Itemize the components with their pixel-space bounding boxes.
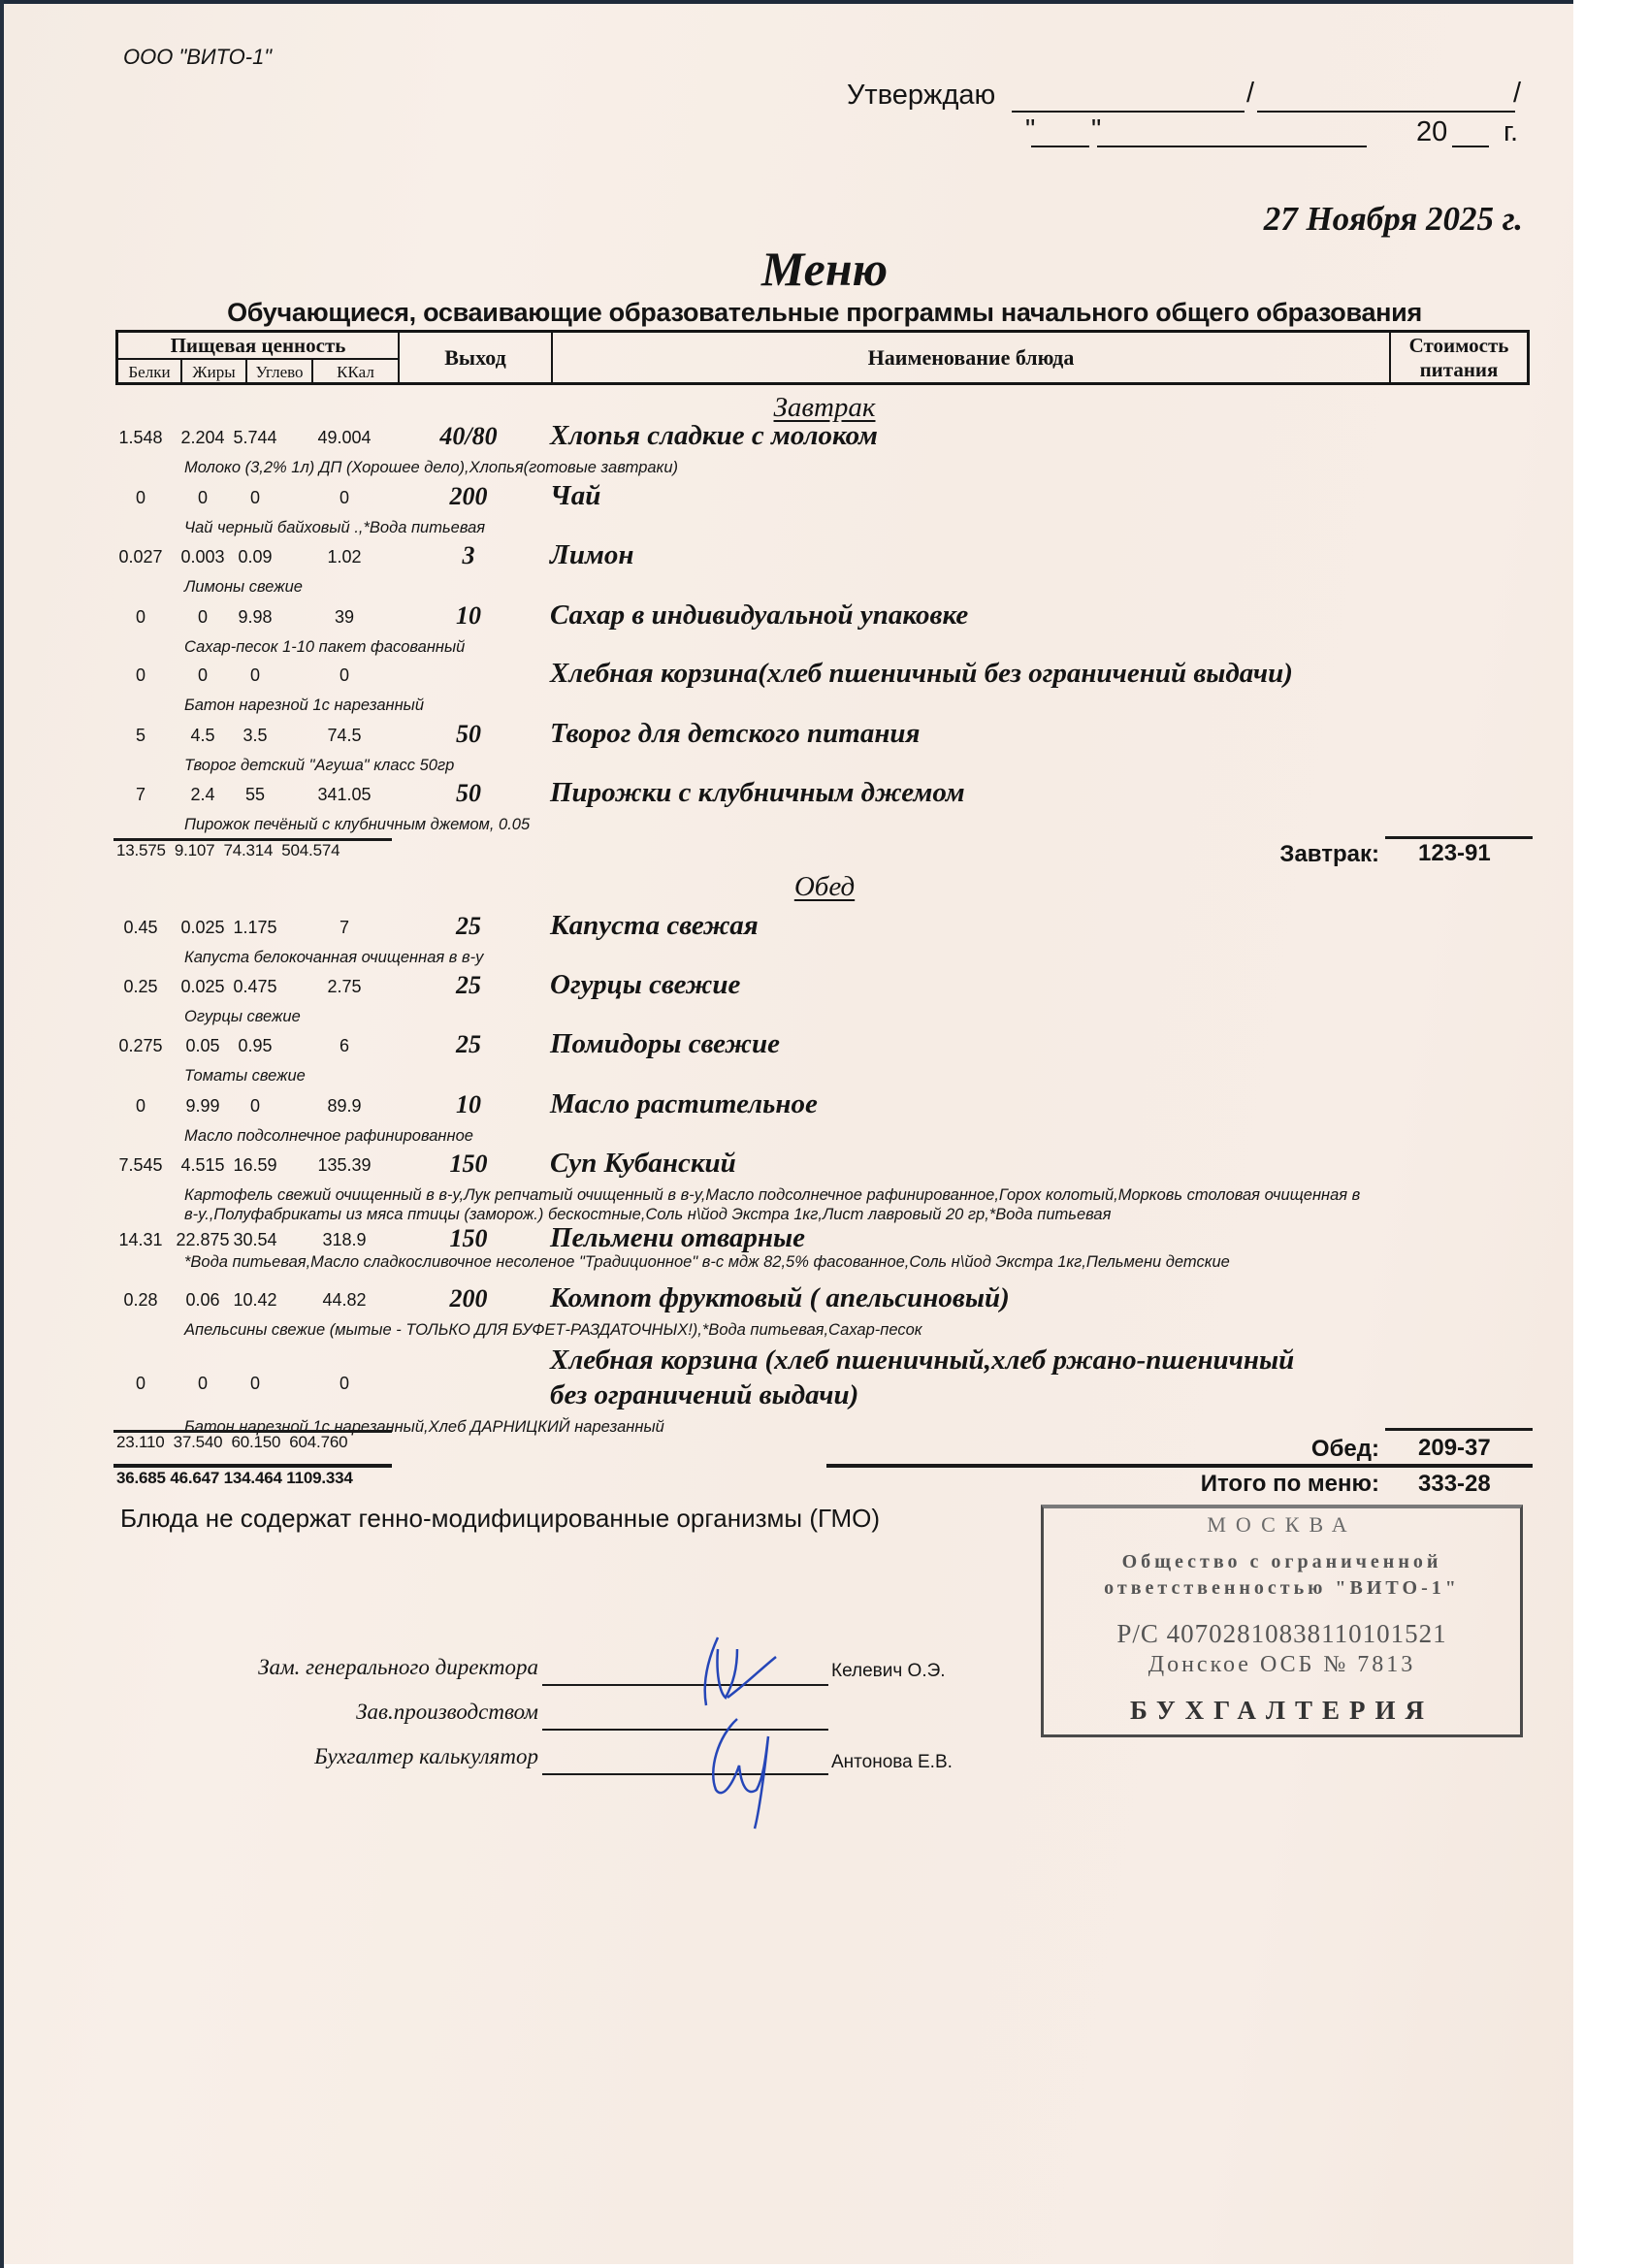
dish-name: Капуста свежая (550, 910, 759, 942)
dish-yield: 200 (415, 1284, 522, 1313)
approve-slash-2: / (1513, 78, 1521, 110)
signature-role-deputy-director: Зам. генерального директора (199, 1655, 538, 1680)
grand-cost-rule (826, 1464, 1533, 1468)
nutrition-protein: 0 (107, 1096, 175, 1117)
dish-name: Лимон (550, 539, 634, 571)
dish-ingredients: Томаты свежие (184, 1067, 306, 1085)
nutrition-carbs: 5.744 (221, 428, 289, 448)
approve-slash-1: / (1246, 78, 1254, 110)
dish-name: Компот фруктовый ( апельсиновый) (550, 1282, 1010, 1314)
dish-name-line2: без ограничений выдачи) (550, 1379, 858, 1411)
dish-ingredients: Молоко (3,2% 1л) ДП (Хорошее дело),Хлопь… (184, 459, 678, 477)
breakfast-cost-label: Завтрак: (1164, 841, 1379, 868)
nutrition-kcal: 0 (310, 488, 378, 508)
menu-date: 27 Ноября 2025 г. (1264, 200, 1523, 239)
dish-ingredients: Чай черный байховый .,*Вода питьевая (184, 519, 485, 537)
dish-name: Огурцы свежие (550, 969, 740, 1001)
dish-name: Помидоры свежие (550, 1028, 780, 1060)
header-fat: Жиры (182, 360, 247, 385)
header-dish-name: Наименование блюда (553, 333, 1391, 382)
signature-role-accountant: Бухгалтер калькулятор (199, 1744, 538, 1769)
nutrition-protein: 7.545 (107, 1155, 175, 1176)
dish-yield: 25 (415, 912, 522, 941)
nutrition-protein: 14.31 (107, 1230, 175, 1250)
nutrition-carbs: 1.175 (221, 918, 289, 938)
stamp-city: МОСКВА (1041, 1512, 1523, 1538)
section-title-1: Обед (0, 871, 1649, 903)
stamp-line2: ответственностью "ВИТО-1" (1041, 1577, 1523, 1600)
header-carbs: Углево (247, 360, 313, 385)
nutrition-kcal: 341.05 (310, 785, 378, 805)
signature-name-deputy-director: Келевич О.Э. (831, 1661, 946, 1682)
nutrition-carbs: 0 (221, 665, 289, 686)
nutrition-protein: 0.25 (107, 977, 175, 997)
nutrition-kcal: 89.9 (310, 1096, 378, 1117)
date-quote-close: " (1091, 114, 1101, 146)
nutrition-protein: 0.28 (107, 1290, 175, 1311)
grand-nutrition-totals: 36.685 46.647 134.464 1109.334 (116, 1469, 353, 1488)
grand-total-label: Итого по меню: (1067, 1471, 1379, 1498)
grand-totals-rule (113, 1464, 392, 1468)
header-kcal: ККал (313, 360, 400, 385)
date-quote-open: " (1025, 114, 1035, 146)
dish-yield: 10 (415, 1090, 522, 1119)
dish-name: Масло растительное (550, 1088, 818, 1120)
stamp-bank: Донское ОСБ № 7813 (1041, 1652, 1523, 1678)
nutrition-protein: 0.027 (107, 547, 175, 567)
header-cost: Стоимостьпитания (1391, 333, 1527, 382)
dish-yield: 40/80 (415, 422, 522, 451)
scan-edge-top (0, 0, 1573, 4)
dish-name: Пирожки с клубничным джемом (550, 777, 965, 809)
breakfast-cost-rule (1385, 836, 1533, 839)
date-year-line (1452, 146, 1489, 147)
nutrition-carbs: 0 (221, 1374, 289, 1394)
nutrition-protein: 0 (107, 1374, 175, 1394)
nutrition-carbs: 16.59 (221, 1155, 289, 1176)
dish-ingredients: Творог детский "Агуша" класс 50гр (184, 757, 454, 775)
dish-yield: 200 (415, 482, 522, 511)
lunch-cost-label: Обед: (1164, 1436, 1379, 1463)
nutrition-carbs: 0.95 (221, 1036, 289, 1056)
dish-yield: 10 (415, 601, 522, 631)
header-nutrition: Пищевая ценность (118, 333, 400, 360)
dish-ingredients: Огурцы свежие (184, 1008, 301, 1026)
nutrition-protein: 0 (107, 665, 175, 686)
dish-ingredients: Картофель свежий очищенный в в-у,Лук реп… (184, 1186, 1360, 1205)
gmo-note: Блюда не содержат генно-модифицированные… (120, 1504, 880, 1534)
nutrition-carbs: 0 (221, 1096, 289, 1117)
date-year-prefix: 20 (1416, 116, 1447, 148)
nutrition-kcal: 6 (310, 1036, 378, 1056)
nutrition-carbs: 0.09 (221, 547, 289, 567)
date-month-line (1097, 146, 1367, 147)
dish-name: Суп Кубанский (550, 1148, 736, 1180)
dish-ingredients: Сахар-песок 1-10 пакет фасованный (184, 638, 465, 657)
nutrition-kcal: 2.75 (310, 977, 378, 997)
approve-signature-line (1012, 111, 1245, 113)
nutrition-carbs: 0.475 (221, 977, 289, 997)
dish-yield: 3 (415, 541, 522, 570)
breakfast-nutrition-totals: 13.575 9.107 74.314 504.574 (116, 841, 339, 860)
nutrition-carbs: 55 (221, 785, 289, 805)
header-yield: Выход (400, 333, 553, 382)
header-protein: Белки (118, 360, 182, 385)
page-subtitle: Обучающиеся, осваивающие образовательные… (0, 298, 1649, 328)
dish-name: Чай (550, 480, 600, 512)
dish-ingredients: Капуста белокочанная очищенная в в-у (184, 949, 483, 967)
dish-ingredients: Апельсины свежие (мытые - ТОЛЬКО ДЛЯ БУФ… (184, 1321, 922, 1340)
nutrition-kcal: 135.39 (310, 1155, 378, 1176)
dish-name: Хлопья сладкие с молоком (550, 420, 878, 452)
nutrition-protein: 1.548 (107, 428, 175, 448)
organization-name: ООО "ВИТО-1" (123, 45, 272, 70)
dish-ingredients: Масло подсолнечное рафинированное (184, 1127, 473, 1146)
stamp-account: Р/С 40702810838110101521 (1041, 1619, 1523, 1649)
dish-ingredients: Лимоны свежие (184, 578, 303, 597)
dish-name: Сахар в индивидуальной упаковке (550, 599, 968, 632)
company-stamp: МОСКВА Общество с ограниченной ответстве… (1041, 1505, 1523, 1737)
signature-name-accountant: Антонова Е.В. (831, 1752, 953, 1773)
nutrition-protein: 0 (107, 607, 175, 628)
table-header: Пищевая ценность Белки Жиры Углево ККал … (115, 330, 1530, 385)
date-day-line (1031, 146, 1089, 147)
nutrition-kcal: 0 (310, 665, 378, 686)
nutrition-protein: 5 (107, 726, 175, 746)
dish-yield: 150 (415, 1224, 522, 1253)
nutrition-kcal: 39 (310, 607, 378, 628)
nutrition-protein: 7 (107, 785, 175, 805)
dish-ingredients: Батон нарезной 1с нарезанный (184, 697, 424, 715)
nutrition-protein: 0.275 (107, 1036, 175, 1056)
handwritten-signature-icon (679, 1630, 815, 1833)
nutrition-kcal: 49.004 (310, 428, 378, 448)
header-cost-line2: питания (1420, 358, 1499, 381)
grand-total-value: 333-28 (1418, 1471, 1491, 1498)
nutrition-kcal: 1.02 (310, 547, 378, 567)
approve-label: Утверждаю (847, 80, 995, 112)
lunch-cost-rule (1385, 1428, 1533, 1431)
nutrition-kcal: 7 (310, 918, 378, 938)
nutrition-carbs: 30.54 (221, 1230, 289, 1250)
stamp-department: БУХГАЛТЕРИЯ (1041, 1696, 1523, 1726)
dish-yield: 25 (415, 971, 522, 1000)
lunch-cost-value: 209-37 (1418, 1435, 1491, 1462)
nutrition-protein: 0.45 (107, 918, 175, 938)
approve-name-line (1257, 111, 1515, 113)
dish-yield: 50 (415, 779, 522, 808)
nutrition-carbs: 0 (221, 488, 289, 508)
nutrition-kcal: 318.9 (310, 1230, 378, 1250)
dish-name: Хлебная корзина(хлеб пшеничный без огран… (550, 658, 1293, 690)
stamp-line1: Общество с ограниченной (1041, 1551, 1523, 1573)
nutrition-carbs: 3.5 (221, 726, 289, 746)
lunch-nutrition-totals: 23.110 37.540 60.150 604.760 (116, 1433, 347, 1452)
dish-name: Творог для детского питания (550, 718, 921, 750)
date-year-suffix: г. (1503, 116, 1518, 148)
nutrition-kcal: 0 (310, 1374, 378, 1394)
dish-yield: 150 (415, 1150, 522, 1179)
scan-edge-left (0, 0, 4, 2268)
nutrition-kcal: 74.5 (310, 726, 378, 746)
nutrition-carbs: 10.42 (221, 1290, 289, 1311)
dish-name: Хлебная корзина (хлеб пшеничный,хлеб ржа… (550, 1345, 1294, 1377)
dish-yield: 50 (415, 720, 522, 749)
header-cost-line1: Стоимость (1409, 334, 1509, 357)
nutrition-carbs: 9.98 (221, 607, 289, 628)
nutrition-kcal: 44.82 (310, 1290, 378, 1311)
signature-role-production-head: Зав.производством (199, 1700, 538, 1725)
breakfast-cost-value: 123-91 (1418, 840, 1491, 867)
dish-ingredients: Пирожок печёный с клубничным джемом, 0.0… (184, 816, 530, 834)
page-title: Меню (0, 241, 1649, 297)
dish-yield: 25 (415, 1030, 522, 1059)
nutrition-protein: 0 (107, 488, 175, 508)
dish-name: Пельмени отварные (550, 1222, 805, 1254)
dish-ingredients: *Вода питьевая,Масло сладкосливочное нес… (184, 1253, 1230, 1272)
